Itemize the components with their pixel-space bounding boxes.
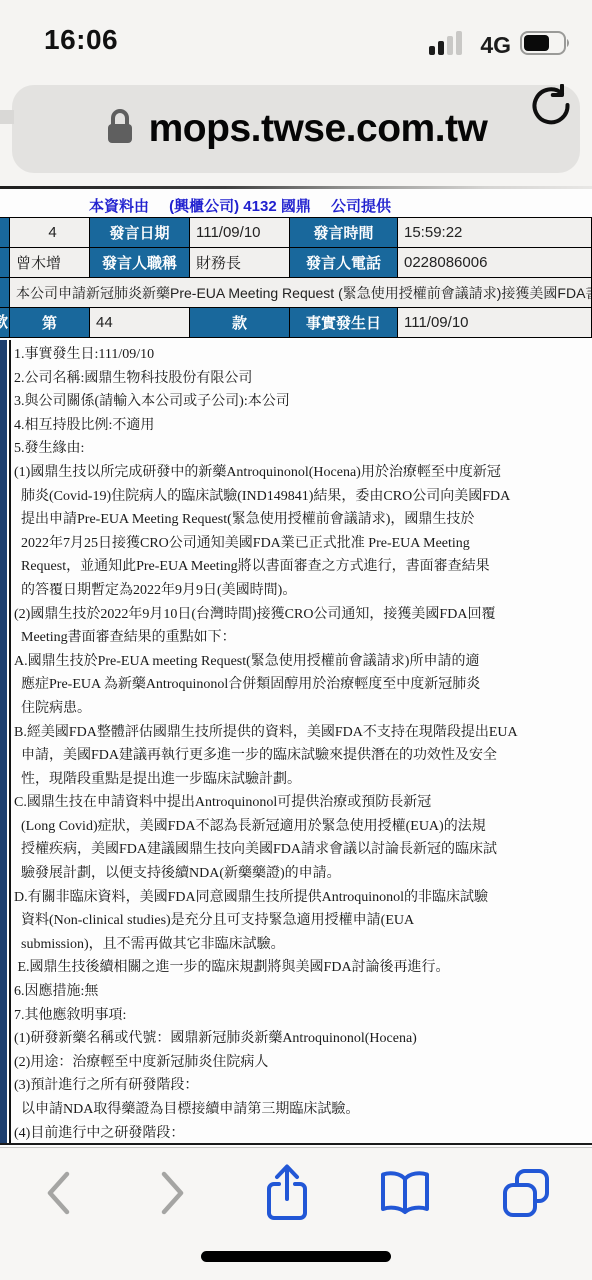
table-value-cell: 111/09/10: [398, 308, 592, 338]
body-line: submission)，且不需再做其它非臨床試驗。: [14, 933, 592, 957]
table-value-cell: 44: [90, 308, 190, 338]
data-source-line: 本資料由 (興櫃公司) 4132 國鼎 公司提供: [0, 195, 480, 216]
tabs-icon: [499, 1166, 553, 1220]
chevron-right-icon: [155, 1168, 191, 1218]
body-line: (2)用途：治療輕至中度新冠肺炎住院病人: [14, 1051, 592, 1075]
url-bar-area: mops.twse.com.tw: [0, 62, 592, 186]
body-line: D.有關非臨床資料，美國FDA同意國鼎生技所提供Antroquinonol的非臨…: [14, 886, 592, 910]
table-header-cell: 款: [0, 308, 10, 338]
body-line: 4.相互持股比例:不適用: [14, 414, 592, 438]
table-header-cell: 發言人電話: [290, 248, 398, 278]
announcement-table: 4發言日期111/09/10發言時間15:59:22曾木增發言人職稱財務長發言人…: [0, 217, 592, 338]
forward-button[interactable]: [143, 1162, 203, 1224]
table-value-cell: 財務長: [190, 248, 290, 278]
body-line: 住院病患。: [14, 697, 592, 721]
body-line: Request，並通知此Pre-EUA Meeting將以書面審查之方式進行，書…: [14, 555, 592, 579]
body-line: B.經美國FDA整體評估國鼎生技所提供的資料，美國FDA不支持在現階段提出EUA: [14, 721, 592, 745]
share-icon: [262, 1162, 312, 1224]
body-line: (4)目前進行中之研發階段：: [14, 1122, 592, 1145]
body-line: 資料(Non-clinical studies)是充分且可支持緊急適用授權申請(…: [14, 909, 592, 933]
address-bar[interactable]: mops.twse.com.tw: [12, 85, 580, 173]
table-value-cell: 15:59:22: [398, 218, 592, 248]
body-line: 2022年7月25日接獲CRO公司通知美國FDA業已正式批准 Pre-EUA M…: [14, 532, 592, 556]
table-value-cell: 本公司申請新冠肺炎新藥Pre-EUA Meeting Request (緊急使用…: [10, 278, 592, 308]
table-value-cell: 曾木增: [10, 248, 90, 278]
body-line: (Long Covid)症狀，美國FDA不認為長新冠適用於緊急使用授權(EUA)…: [14, 815, 592, 839]
body-line: 1.事實發生日:111/09/10: [14, 343, 592, 367]
body-line: (1)研發新藥名稱或代號：國鼎新冠肺炎新藥Antroquinonol(Hocen…: [14, 1027, 592, 1051]
table-header-cell: 款: [190, 308, 290, 338]
reload-button[interactable]: [528, 84, 574, 130]
table-header-cell: [0, 248, 10, 278]
body-line: C.國鼎生技在申請資料中提出Antroquinonol可提供治療或預防長新冠: [14, 791, 592, 815]
source-suffix: 公司提供: [331, 198, 391, 215]
web-page-content: 本資料由 (興櫃公司) 4132 國鼎 公司提供 4發言日期111/09/10發…: [0, 189, 592, 1147]
body-line: 2.公司名稱:國鼎生物科技股份有限公司: [14, 367, 592, 391]
body-line: 申請，美國FDA建議再執行更多進一步的臨床試驗來提供潛在的功效性及安全: [14, 744, 592, 768]
table-header-cell: 第: [10, 308, 90, 338]
urlbar-corner-shadow: [0, 110, 14, 124]
home-indicator[interactable]: [201, 1251, 391, 1262]
page-left-background-strip: [0, 340, 7, 1143]
body-line: 6.因應措施:無: [14, 980, 592, 1004]
announcement-body: 1.事實發生日:111/09/102.公司名稱:國鼎生物科技股份有限公司3.與公…: [0, 340, 592, 1145]
bookmarks-button[interactable]: [375, 1162, 435, 1224]
body-line: 的答覆日期暫定為2022年9月9日(美國時間)。: [14, 579, 592, 603]
table-header-cell: [0, 278, 10, 308]
table-header-cell: 發言人職稱: [90, 248, 190, 278]
source-prefix: 本資料由: [89, 198, 149, 215]
body-line: A.國鼎生技於Pre-EUA meeting Request(緊急使用授權前會議…: [14, 650, 592, 674]
body-line: 5.發生緣由:: [14, 437, 592, 461]
table-header-cell: 事實發生日: [290, 308, 398, 338]
table-value-cell: 0228086006: [398, 248, 592, 278]
body-line: (1)國鼎生技以所完成研發中的新藥Antroquinonol(Hocena)用於…: [14, 461, 592, 485]
lock-icon: [105, 107, 135, 152]
body-line: 性，現階段重點是提出進一步臨床試驗計劃。: [14, 768, 592, 792]
status-clock: 16:06: [44, 24, 118, 56]
body-line: 應症Pre-EUA 為新藥Antroquinonol合併類固醇用於治療輕度至中度…: [14, 673, 592, 697]
chevron-left-icon: [40, 1168, 76, 1218]
body-text: 1.事實發生日:111/09/102.公司名稱:國鼎生物科技股份有限公司3.與公…: [14, 343, 592, 1145]
body-line: 驗發展計劃，以便支持後續NDA(新藥藥證)的申請。: [14, 862, 592, 886]
battery-icon: [520, 30, 576, 61]
company-link[interactable]: (興櫃公司) 4132 國鼎: [169, 198, 311, 215]
body-line: 3.與公司關係(請輸入本公司或子公司):本公司: [14, 390, 592, 414]
book-icon: [377, 1167, 433, 1219]
back-button[interactable]: [28, 1162, 88, 1224]
body-line: 7.其他應敘明事項:: [14, 1004, 592, 1028]
share-button[interactable]: [257, 1162, 317, 1224]
url-domain-text: mops.twse.com.tw: [149, 107, 488, 151]
signal-strength-icon: [429, 30, 471, 61]
table-header-cell: 發言日期: [90, 218, 190, 248]
body-line: E.國鼎生技後續相關之進一步的臨床規劃將與美國FDA討論後再進行。: [14, 956, 592, 980]
body-line: 提出申請Pre-EUA Meeting Request(緊急使用授權前會議請求)…: [14, 508, 592, 532]
body-left-border: [9, 340, 11, 1143]
table-value-cell: 111/09/10: [190, 218, 290, 248]
safari-toolbar: [0, 1147, 592, 1280]
network-type-label: 4G: [480, 32, 511, 59]
table-value-cell: 4: [10, 218, 90, 248]
status-bar: 16:06 4G: [0, 0, 592, 62]
body-line: 肺炎(Covid-19)住院病人的臨床試驗(IND149841)結果，委由CRO…: [14, 485, 592, 509]
table-header-cell: 發言時間: [290, 218, 398, 248]
body-line: 以申請NDA取得藥證為目標接續申請第三期臨床試驗。: [14, 1098, 592, 1122]
body-line: (3)預計進行之所有研發階段：: [14, 1074, 592, 1098]
table-header-cell: [0, 218, 10, 248]
tabs-button[interactable]: [496, 1162, 556, 1224]
iphone-safari-screen: 16:06 4G: [0, 0, 592, 1280]
body-line: (2)國鼎生技於2022年9月10日(台灣時間)接獲CRO公司通知，接獲美國FD…: [14, 603, 592, 627]
body-line: 授權疾病，美國FDA建議國鼎生技向美國FDA請求會議以討論長新冠的臨床試: [14, 838, 592, 862]
body-line: Meeting書面審查結果的重點如下：: [14, 626, 592, 650]
